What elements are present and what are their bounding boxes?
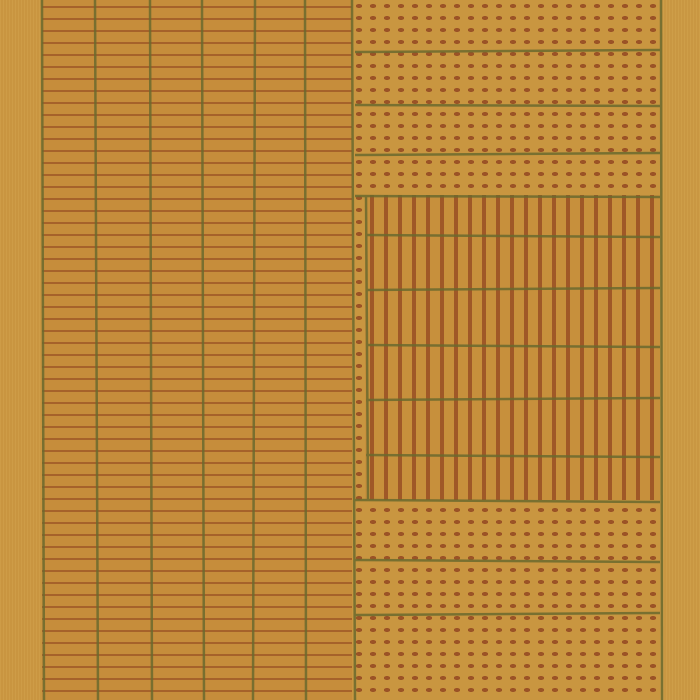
rug-texture: [0, 0, 700, 700]
grid-lines: [0, 0, 700, 700]
